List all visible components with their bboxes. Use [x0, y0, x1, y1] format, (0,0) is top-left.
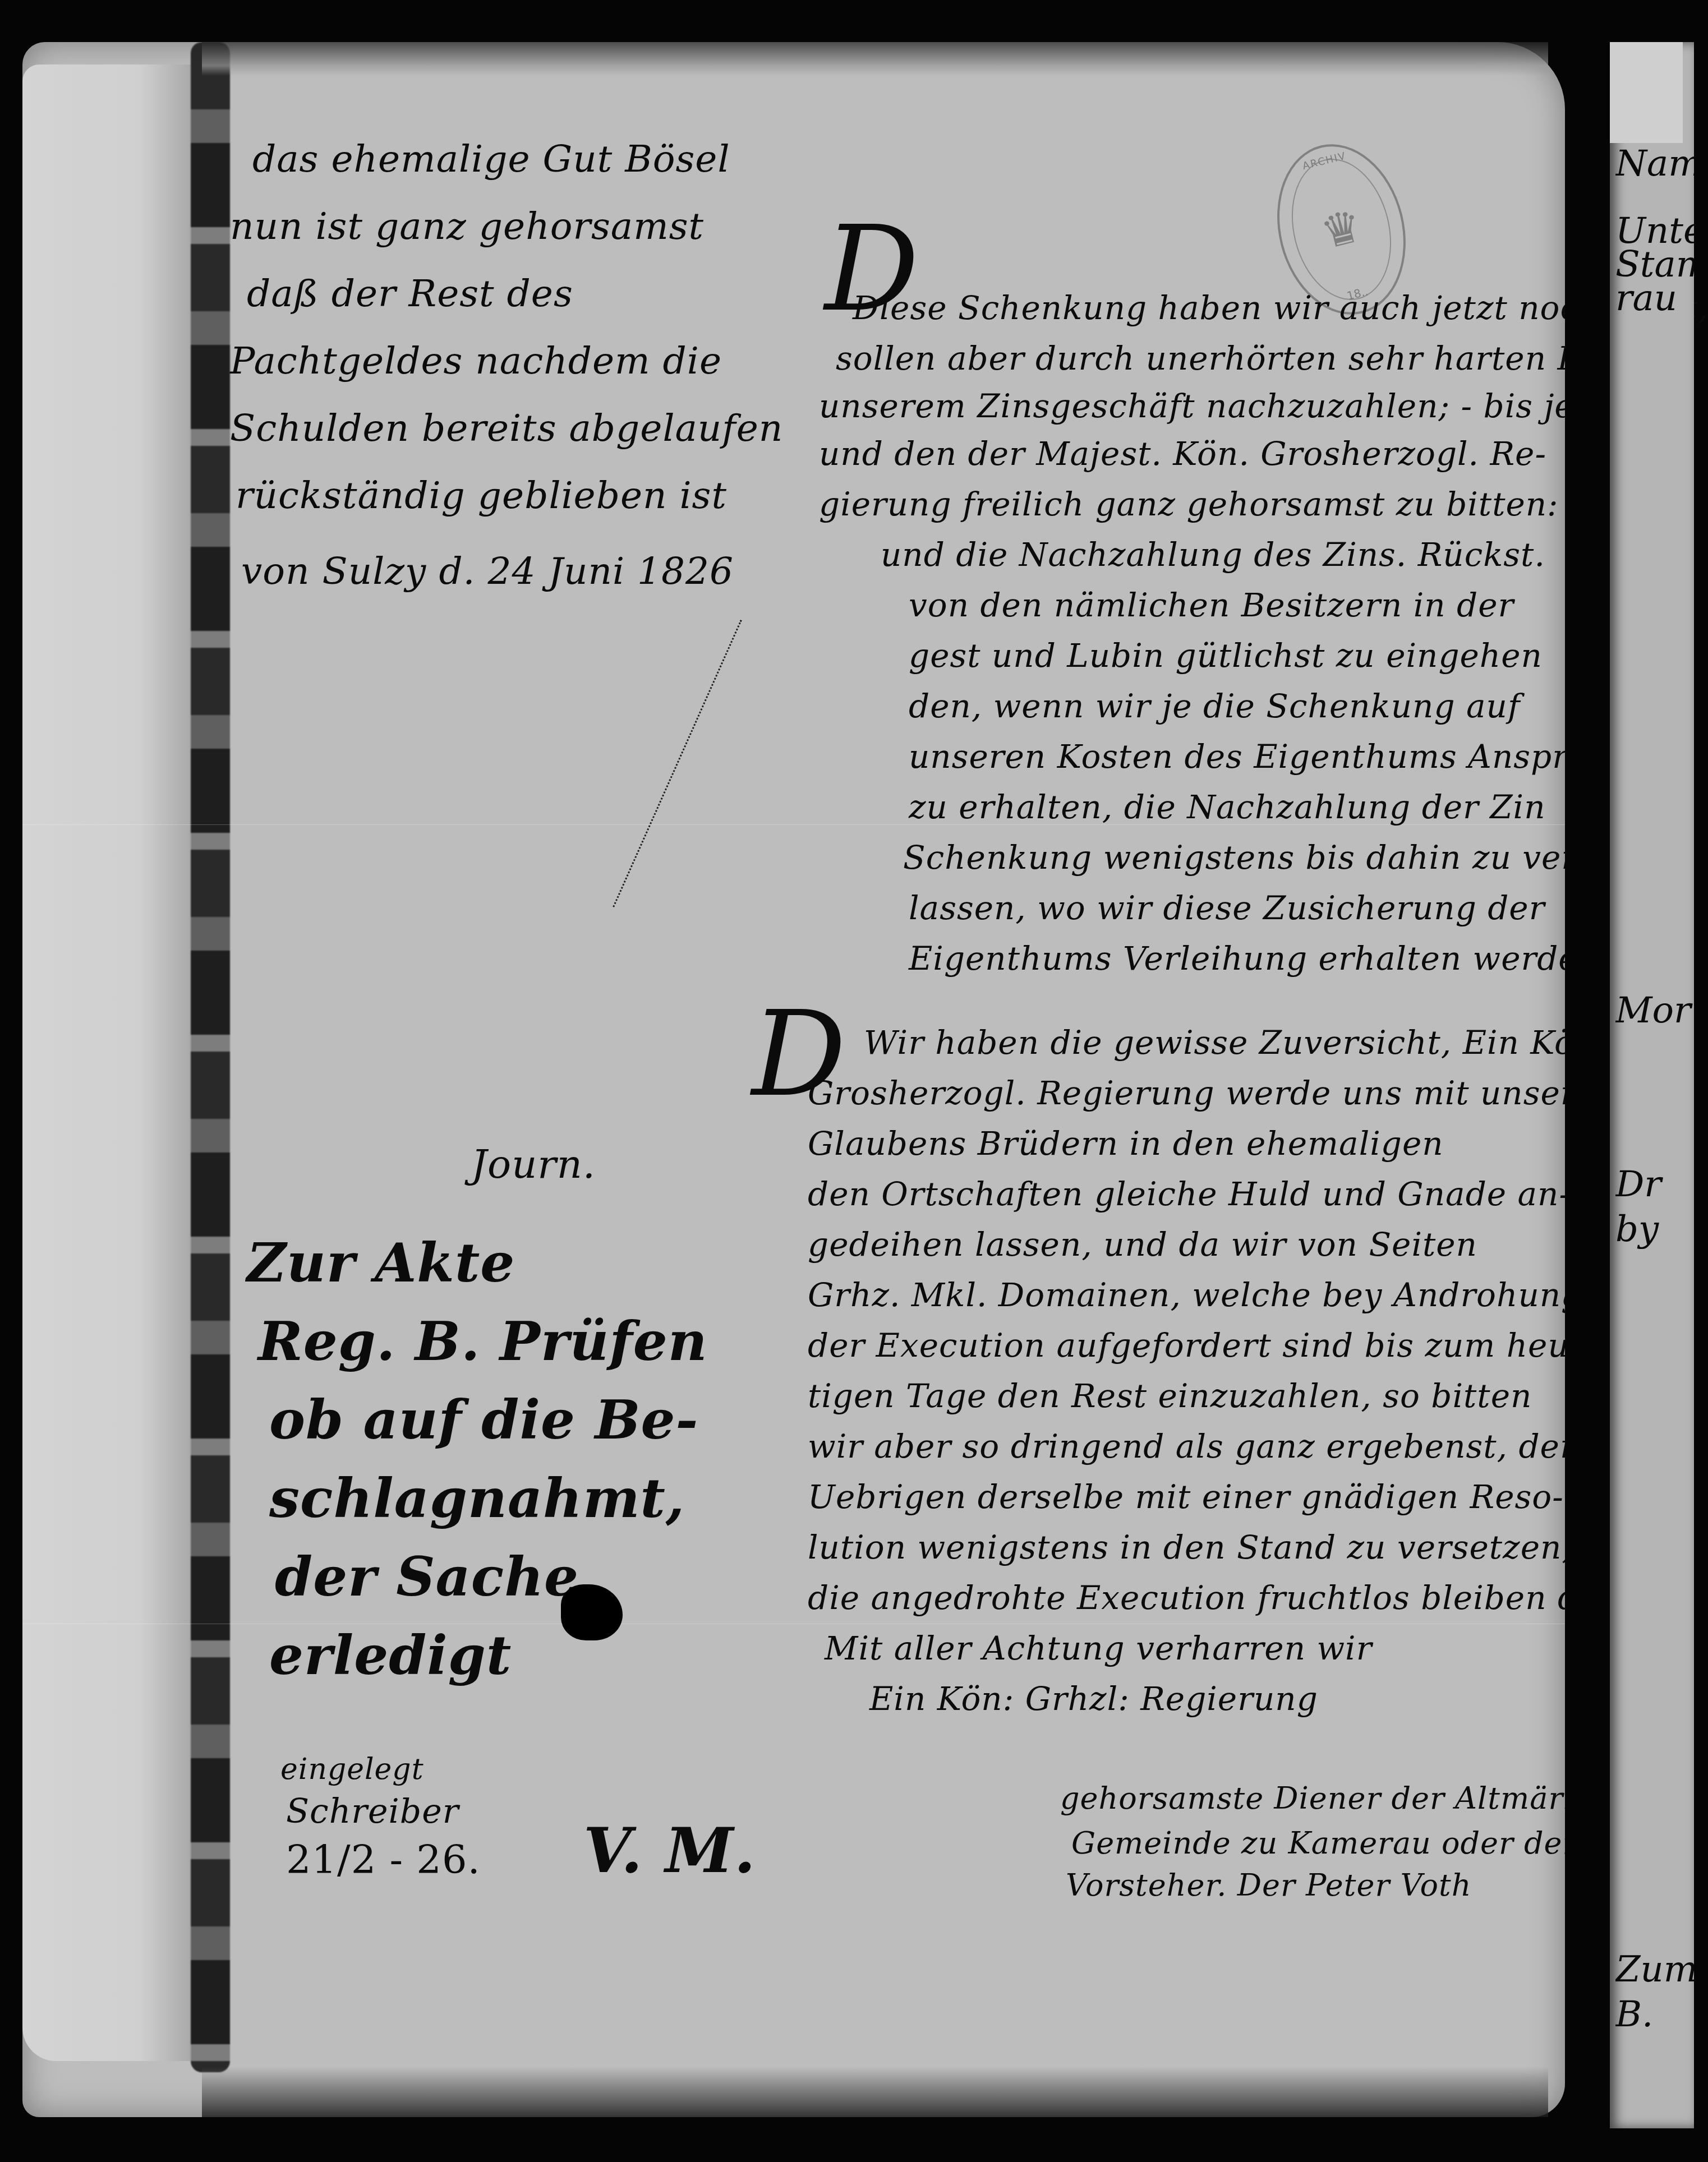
- text-line: zu erhalten, die Nachzahlung der Zin: [909, 788, 1545, 826]
- margin-line: Schulden bereits abgelaufen: [230, 407, 783, 450]
- torn-paper-edge: [191, 42, 230, 2072]
- adjacent-fragment: rau: [1615, 278, 1694, 319]
- closing-address: Ein Kön: Grhzl: Regierung: [869, 1680, 1318, 1718]
- initials-mark: V. M.: [583, 1814, 756, 1887]
- adjacent-fragment: Mor: [1615, 990, 1694, 1031]
- annotation-line: ob auf die Be-: [269, 1388, 698, 1451]
- ink-blot: [561, 1584, 623, 1640]
- text-line: gierung freilich ganz gehorsamst zu bitt…: [819, 485, 1559, 523]
- text-line: lassen, wo wir diese Zusicherung der: [909, 889, 1545, 927]
- bottom-paper-edge: [202, 2067, 1548, 2117]
- annotation-line: der Sache: [275, 1545, 579, 1608]
- adjacent-fragment: Zum: [1615, 1949, 1694, 1990]
- text-line: und den der Majest. Kön. Grosherzogl. Re…: [819, 435, 1546, 473]
- scribe-label: Schreiber: [286, 1792, 459, 1831]
- text-line: gest und Lubin gütlichst zu eingehen: [909, 637, 1543, 675]
- text-line: Wir haben die gewisse Zuversicht, Ein Kö…: [864, 1024, 1607, 1062]
- text-line: Schenkung wenigstens bis dahin zu ver: [903, 838, 1577, 877]
- margin-line: das ehemalige Gut Bösel: [252, 137, 730, 181]
- adjacent-fragment: by: [1615, 1209, 1694, 1250]
- scan-artifact-line: [22, 1624, 1565, 1624]
- adjacent-fragment: B.: [1615, 1994, 1694, 2035]
- text-line: Eigenthums Verleihung erhalten werden: [909, 939, 1600, 978]
- margin-line: Pachtgeldes nachdem die: [230, 339, 722, 382]
- text-line: sollen aber durch unerhörten sehr harten…: [836, 339, 1686, 377]
- text-line: tigen Tage den Rest einzuzahlen, so bitt…: [808, 1377, 1532, 1415]
- annotation-line: schlagnahmt,: [269, 1467, 685, 1530]
- text-line: unserem Zinsgeschäft nachzuzahlen; - bis…: [819, 387, 1619, 425]
- closing-line: Mit aller Achtung verharren wir: [825, 1629, 1372, 1667]
- adjacent-fragment: Namen: [1615, 143, 1694, 185]
- margin-line: rückständig geblieben ist: [236, 474, 727, 517]
- journal-label: Journ.: [471, 1141, 596, 1187]
- text-line: und die Nachzahlung des Zins. Rückst.: [881, 536, 1545, 574]
- folded-margin-strip: [22, 64, 191, 2061]
- annotation-line: Zur Akte: [247, 1231, 515, 1294]
- margin-line: daß der Rest des: [247, 272, 573, 315]
- text-line: den Ortschaften gleiche Huld und Gnade a…: [808, 1175, 1571, 1213]
- text-line: Uebrigen derselbe mit einer gnädigen Res…: [808, 1478, 1564, 1516]
- scribe-date: 21/2 - 26.: [286, 1837, 481, 1883]
- adjacent-page-paper: [1610, 42, 1694, 2128]
- registered-label: eingelegt: [280, 1753, 424, 1786]
- text-line: lution wenigstens in den Stand zu verset…: [808, 1528, 1647, 1566]
- text-line: von den nämlichen Besitzern in der: [909, 586, 1514, 624]
- text-line: die angedrohte Execution fruchtlos bleib…: [808, 1579, 1674, 1617]
- pen-stroke-mark: [613, 620, 742, 907]
- margin-line: nun ist ganz gehorsamst: [230, 205, 704, 248]
- text-line: Glaubens Brüdern in den ehemaligen: [808, 1124, 1444, 1163]
- margin-date-line: von Sulzy d. 24 Juni 1826: [241, 550, 734, 593]
- text-line: gedeihen lassen, und da wir von Seiten: [808, 1225, 1477, 1264]
- document-sheet: ARCHIV ♛ 18.. das ehemalige Gut Bösel nu…: [22, 42, 1565, 2117]
- adjacent-page-strip: Namen Unter Stamm rau Mor Dr by Zum B.: [1565, 42, 1694, 2128]
- text-line: den, wenn wir je die Schenkung auf: [909, 687, 1520, 725]
- signature-line: Vorsteher. Der Peter Voth: [1066, 1868, 1471, 1903]
- text-line: unseren Kosten des Eigenthums Ansprü: [909, 737, 1590, 776]
- adjacent-page-highlight: [1610, 42, 1683, 143]
- signature-line: Gemeinde zu Kamerau oder deren: [1071, 1826, 1616, 1861]
- annotation-line: erledigt: [269, 1624, 512, 1687]
- text-line: Grosherzogl. Regierung werde uns mit uns…: [808, 1074, 1618, 1112]
- text-line: Grhz. Mkl. Domainen, welche bey Androhun…: [808, 1276, 1582, 1314]
- top-paper-edge: [202, 42, 1548, 76]
- adjacent-fragment: Dr: [1615, 1164, 1694, 1205]
- text-line: wir aber so dringend als ganz ergebenst,…: [808, 1427, 1591, 1465]
- text-line: der Execution aufgefordert sind bis zum …: [808, 1326, 1581, 1364]
- annotation-line: Reg. B. Prüfen: [258, 1310, 708, 1373]
